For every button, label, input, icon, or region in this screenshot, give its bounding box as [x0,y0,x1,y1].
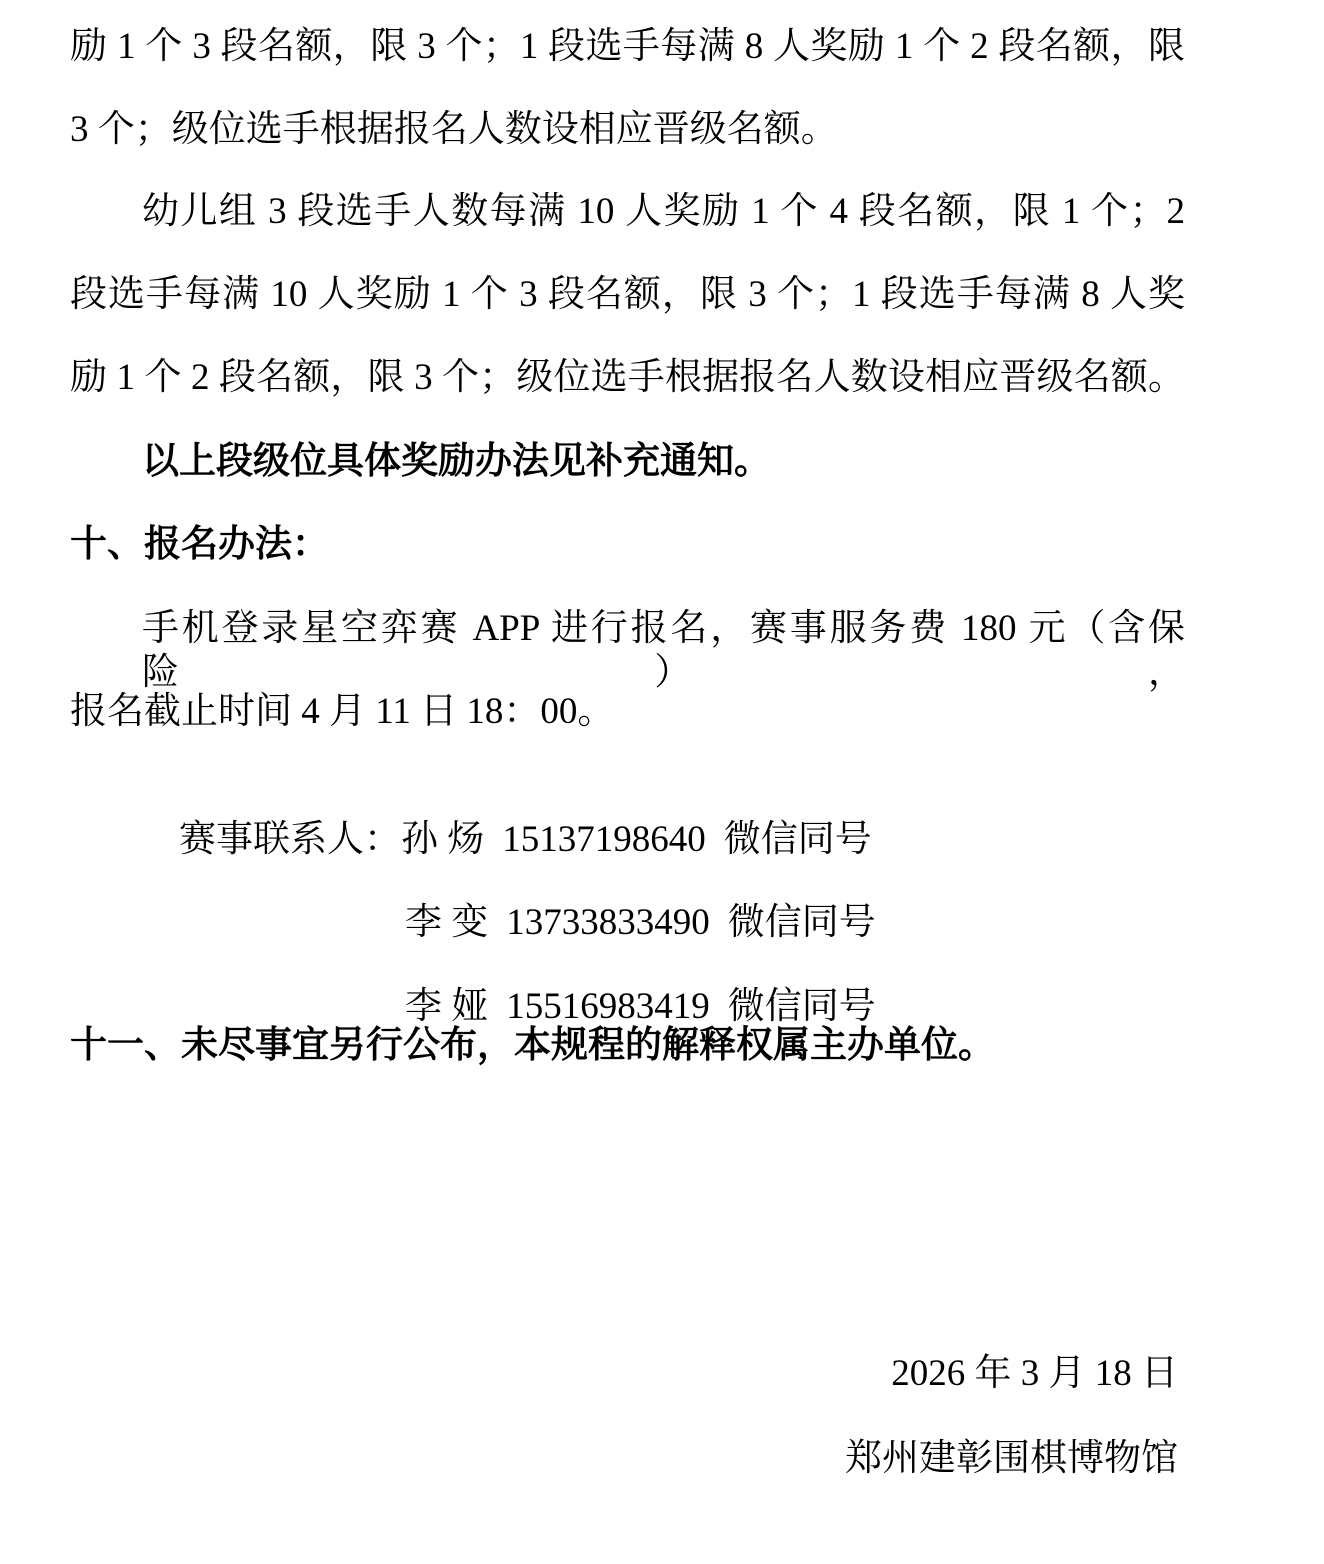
contact-name: 李 娅 [405,986,488,1027]
contact-phone: 13733833490 [506,902,710,943]
contact-phone: 15516983419 [506,986,710,1027]
signature-organization: 郑州建彰围棋博物馆 [845,1437,1178,1481]
registration-method-line-1: 手机登录星空弈赛 APP 进行报名，赛事服务费 180 元（含保险）， [142,607,1185,695]
document-page: 励 1 个 3 段名额，限 3 个；1 段选手每满 8 人奖励 1 个 2 段名… [0,0,1324,1564]
signature-date: 2026 年 3 月 18 日 [891,1352,1178,1396]
registration-method-line-2: 报名截止时间 4 月 11 日 18：00。 [70,690,614,734]
promotion-rules-cont-line-2: 3 个；级位选手根据报名人数设相应晋级名额。 [70,108,838,152]
kindergarten-rules-line-2: 段选手每满 10 人奖励 1 个 3 段名额，限 3 个；1 段选手每满 8 人… [70,273,1185,317]
contact-name: 李 变 [405,902,488,943]
contacts-label: 赛事联系人： [179,819,401,860]
contact-phone: 15137198640 [502,819,706,860]
promotion-rules-cont-line-1: 励 1 个 3 段名额，限 3 个；1 段选手每满 8 人奖励 1 个 2 段名… [70,25,1185,69]
contact-wechat-note: 微信同号 [728,902,876,943]
registration-section-heading: 十、报名办法： [70,523,329,567]
supplement-notice: 以上段级位具体奖励办法见补充通知。 [142,440,771,484]
contact-name: 孙 炀 [401,819,484,860]
contact-wechat-note: 微信同号 [724,819,872,860]
kindergarten-rules-line-3: 励 1 个 2 段名额，限 3 个；级位选手根据报名人数设相应晋级名额。 [70,356,1185,400]
misc-section-heading: 十一、未尽事宜另行公布，本规程的解释权属主办单位。 [70,1024,995,1068]
contact-wechat-note: 微信同号 [728,986,876,1027]
kindergarten-rules-line-1: 幼儿组 3 段选手人数每满 10 人奖励 1 个 4 段名额，限 1 个；2 [142,190,1185,234]
